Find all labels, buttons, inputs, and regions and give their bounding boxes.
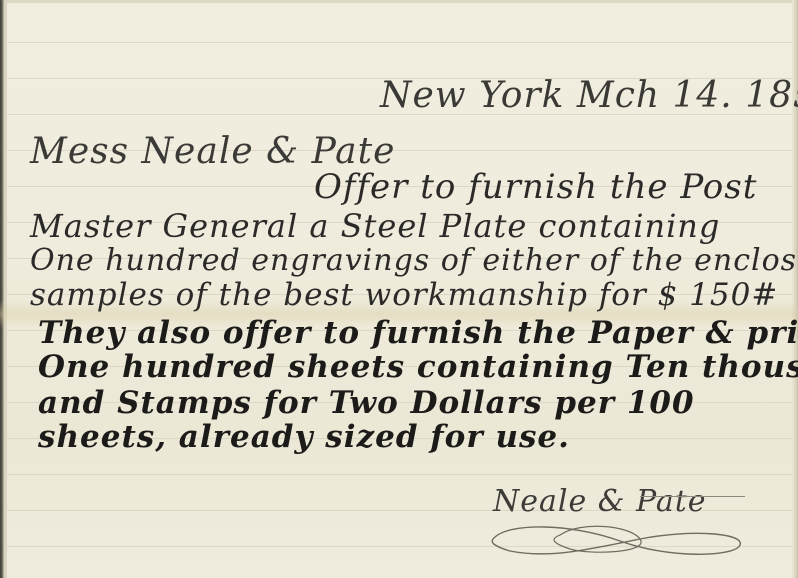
body-line: samples of the best workmanship for $ 15…: [30, 280, 778, 311]
page-left-margin: [4, 0, 7, 578]
body-line: sheets, already sized for use.: [38, 422, 570, 453]
ruled-line: [6, 42, 792, 43]
page-top-edge: [0, 0, 798, 3]
body-line: They also offer to furnish the Paper & p…: [38, 318, 798, 349]
body-line: One hundred engravings of either of the …: [30, 246, 798, 276]
body-line: Master General a Steel Plate containing: [30, 210, 720, 242]
body-line: Offer to furnish the Post: [314, 170, 757, 204]
dateline: New York Mch 14. 1857: [380, 78, 798, 114]
body-line: and Stamps for Two Dollars per 100: [38, 388, 695, 419]
signature: Neale & Pate: [493, 484, 707, 519]
ruled-line: [6, 474, 792, 475]
letter-page: New York Mch 14. 1857 Mess Neale & Pate …: [0, 0, 798, 578]
body-line: One hundred sheets containing Ten thous=: [38, 352, 798, 383]
signature-stroke: [640, 496, 745, 497]
salutation: Mess Neale & Pate: [30, 134, 395, 170]
signature-flourish-icon: [490, 515, 750, 565]
